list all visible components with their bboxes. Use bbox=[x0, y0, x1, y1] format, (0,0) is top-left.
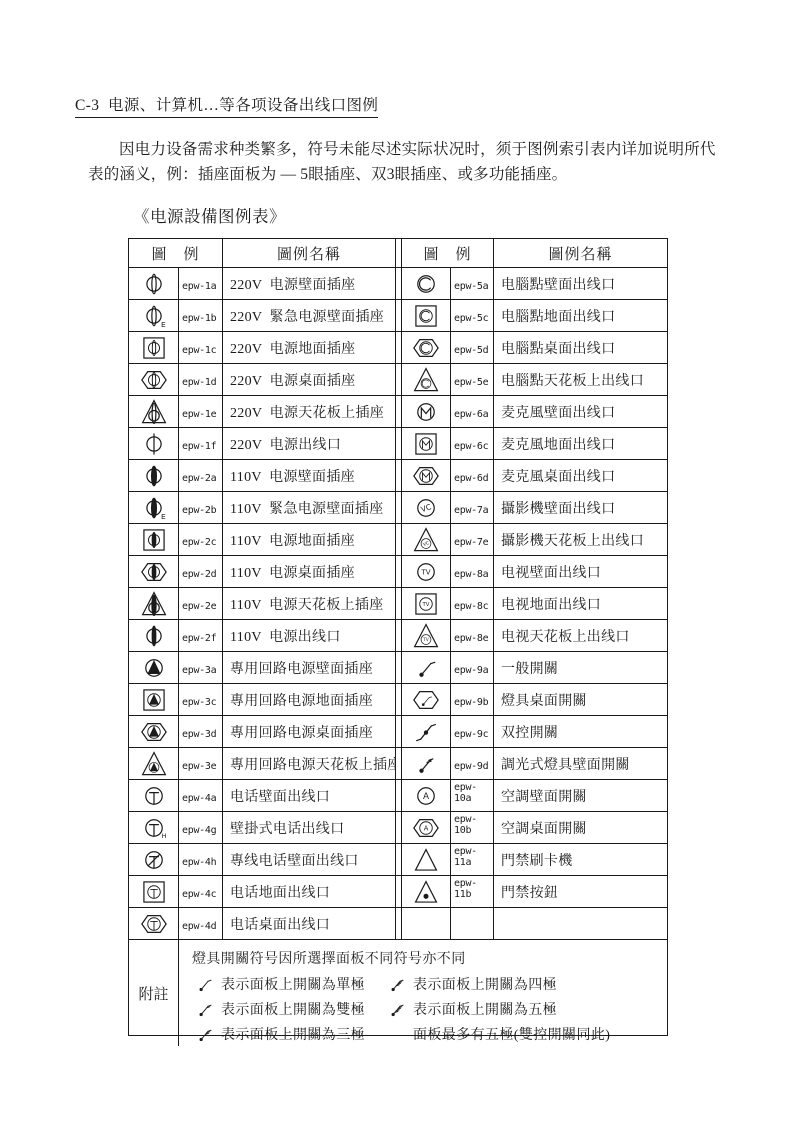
legend-code: epw-2e bbox=[179, 588, 223, 620]
legend-name: 110V 电源桌面插座 bbox=[223, 556, 396, 588]
legend-name: 110V 电源天花板上插座 bbox=[223, 588, 396, 620]
empty-icon bbox=[402, 908, 451, 940]
name-header: 圖例名稱 bbox=[494, 239, 667, 268]
legend-name: 220V 电源壁面插座 bbox=[223, 268, 396, 300]
legend-code: epw-2c bbox=[179, 524, 223, 556]
legend-name: 專用回路电源壁面插座 bbox=[223, 652, 396, 684]
legend-code: epw-3c bbox=[179, 684, 223, 716]
document-page: C-3 电源、计算机…等各项设备出线口图例 因电力设备需求种类繁多，符号未能尽述… bbox=[0, 0, 793, 1122]
legend-name: 电话壁面出线口 bbox=[223, 780, 396, 812]
legend-name: 电视地面出线口 bbox=[494, 588, 667, 620]
door-card-reader-icon bbox=[402, 844, 451, 876]
legend-code: epw-2f bbox=[179, 620, 223, 652]
legend-name: 一般開關 bbox=[494, 652, 667, 684]
legend-code: epw-4a bbox=[179, 780, 223, 812]
legend-name: 电腦點壁面出线口 bbox=[494, 268, 667, 300]
legend-name: 門禁按鈕 bbox=[494, 876, 667, 908]
legend-code: epw-6d bbox=[451, 460, 494, 492]
legend-name: 电腦點桌面出线口 bbox=[494, 332, 667, 364]
phone-wallmount-icon: H bbox=[129, 812, 179, 844]
tv-wall-icon: TV bbox=[402, 556, 451, 588]
note-item: 表示面板上開關為四極 bbox=[384, 972, 667, 996]
legend-code: epw-5c bbox=[451, 300, 494, 332]
svg-text:TV: TV bbox=[422, 637, 429, 642]
mic-desk-icon bbox=[402, 460, 451, 492]
legend-code: epw-8e bbox=[451, 620, 494, 652]
note-title: 燈具開關符号因所選擇面板不同符号亦不同 bbox=[192, 948, 667, 968]
camera-wall-icon: VC bbox=[402, 492, 451, 524]
switch-dimmer-icon bbox=[402, 748, 451, 780]
outlet-220-point-icon bbox=[129, 428, 179, 460]
phone-wall-icon bbox=[129, 780, 179, 812]
socket-220-floor-icon bbox=[129, 332, 179, 364]
legend-name: 110V 电源壁面插座 bbox=[223, 460, 396, 492]
note-items: 表示面板上開關為單極表示面板上開關為四極表示面板上開關為雙極表示面板上開關為五極… bbox=[192, 972, 667, 1046]
legend-code: epw-6a bbox=[451, 396, 494, 428]
socket-110-wall-icon bbox=[129, 460, 179, 492]
dedicated-circuit-floor-icon bbox=[129, 684, 179, 716]
svg-text:TV: TV bbox=[420, 568, 430, 576]
legend-name: 攝影機天花板上出线口 bbox=[494, 524, 667, 556]
switch-pole-3-icon bbox=[192, 1024, 216, 1045]
camera-ceiling-icon: VC bbox=[402, 524, 451, 556]
socket-220-emergency-wall-icon: E bbox=[129, 300, 179, 332]
phone-desk-icon bbox=[129, 908, 179, 940]
ac-switch-wall-icon: A bbox=[402, 780, 451, 812]
mic-floor-icon bbox=[402, 428, 451, 460]
computer-desk-icon bbox=[402, 332, 451, 364]
legend-code: epw-4c bbox=[179, 876, 223, 908]
ac-switch-desk-icon: A bbox=[402, 812, 451, 844]
switch-general-icon bbox=[402, 652, 451, 684]
note-item: 表示面板上開關為單極 bbox=[192, 972, 384, 996]
legend-name: 电腦點地面出线口 bbox=[494, 300, 667, 332]
note-item-text: 表示面板上開關為四極 bbox=[413, 974, 557, 994]
legend-name: 220V 电源天花板上插座 bbox=[223, 396, 396, 428]
legend-code: epw-1f bbox=[179, 428, 223, 460]
legend-code: epw-3a bbox=[179, 652, 223, 684]
legend-name: 專用回路电源桌面插座 bbox=[223, 716, 396, 748]
legend-code: epw-4d bbox=[179, 908, 223, 940]
outlet-110-point-icon bbox=[129, 620, 179, 652]
phone-floor-icon bbox=[129, 876, 179, 908]
legend-code: epw-2a bbox=[179, 460, 223, 492]
symbol-header: 圖 例 bbox=[129, 239, 223, 268]
legend-name: 麦克風壁面出线口 bbox=[494, 396, 667, 428]
note-body: 燈具開關符号因所選擇面板不同符号亦不同 表示面板上開關為單極表示面板上開關為四極… bbox=[179, 940, 667, 1046]
socket-110-ceiling-icon bbox=[129, 588, 179, 620]
note-item-text: 表示面板上開關為雙極 bbox=[221, 999, 365, 1019]
legend-code: epw-1d bbox=[179, 364, 223, 396]
legend-code: epw-8c bbox=[451, 588, 494, 620]
switch-pole-2-icon bbox=[192, 999, 216, 1020]
legend-code: epw-11b bbox=[451, 876, 494, 908]
note-item: 表示面板上開關為五極 bbox=[384, 997, 667, 1021]
legend-name bbox=[494, 908, 667, 940]
svg-text:E: E bbox=[160, 512, 165, 521]
table-caption: 《电源設備图例表》 bbox=[133, 203, 286, 227]
legend-code: epw-1c bbox=[179, 332, 223, 364]
svg-text:E: E bbox=[160, 320, 165, 329]
legend-name: 攝影機壁面出线口 bbox=[494, 492, 667, 524]
legend-code: epw-3e bbox=[179, 748, 223, 780]
legend-code bbox=[451, 908, 494, 940]
legend-grid: 圖 例 圖例名稱 圖 例 圖例名稱 epw-1a220V 电源壁面插座epw-5… bbox=[129, 239, 667, 940]
legend-name: 220V 电源出线口 bbox=[223, 428, 396, 460]
note-row: 附註 燈具開關符号因所選擇面板不同符号亦不同 表示面板上開關為單極表示面板上開關… bbox=[129, 940, 667, 1035]
legend-code: epw-8a bbox=[451, 556, 494, 588]
legend-table: 圖 例 圖例名稱 圖 例 圖例名稱 epw-1a220V 电源壁面插座epw-5… bbox=[128, 238, 668, 1036]
note-item-text: 表示面板上開關為三極 bbox=[221, 1024, 365, 1044]
legend-name: 麦克風桌面出线口 bbox=[494, 460, 667, 492]
legend-name: 專用回路电源天花板上插座 bbox=[223, 748, 396, 780]
svg-text:A: A bbox=[424, 824, 429, 832]
note-item: 表示面板上開關為雙極 bbox=[192, 997, 384, 1021]
section-title: C-3 电源、计算机…等各项设备出线口图例 bbox=[75, 93, 378, 118]
legend-name: 專线电话壁面出线口 bbox=[223, 844, 396, 876]
tv-ceiling-icon: TV bbox=[402, 620, 451, 652]
legend-code: epw-7a bbox=[451, 492, 494, 524]
svg-text:H: H bbox=[161, 832, 166, 840]
socket-220-wall-icon bbox=[129, 268, 179, 300]
legend-name: 空調桌面開關 bbox=[494, 812, 667, 844]
switch-desk-icon bbox=[402, 684, 451, 716]
svg-text:VC: VC bbox=[422, 540, 430, 548]
svg-text:A: A bbox=[423, 792, 429, 802]
legend-code: epw-11a bbox=[451, 844, 494, 876]
svg-text:VC: VC bbox=[420, 502, 433, 514]
legend-name: 110V 电源出线口 bbox=[223, 620, 396, 652]
legend-name: 110V 緊急电源壁面插座 bbox=[223, 492, 396, 524]
legend-name: 調光式燈具壁面開關 bbox=[494, 748, 667, 780]
legend-name: 燈具桌面開關 bbox=[494, 684, 667, 716]
note-item-text: 面板最多有五極(雙控開關同此) bbox=[413, 1024, 610, 1044]
legend-name: 220V 电源地面插座 bbox=[223, 332, 396, 364]
computer-ceiling-icon bbox=[402, 364, 451, 396]
legend-name: 电话地面出线口 bbox=[223, 876, 396, 908]
note-label: 附註 bbox=[129, 940, 179, 1046]
note-item: 面板最多有五極(雙控開關同此) bbox=[384, 1022, 667, 1046]
legend-code: epw-4g bbox=[179, 812, 223, 844]
phone-dedicated-wall-icon bbox=[129, 844, 179, 876]
legend-code: epw-3d bbox=[179, 716, 223, 748]
switch-pole-5-icon bbox=[384, 999, 408, 1020]
legend-code: epw-9d bbox=[451, 748, 494, 780]
legend-code: epw-9c bbox=[451, 716, 494, 748]
name-header: 圖例名稱 bbox=[223, 239, 396, 268]
computer-floor-icon bbox=[402, 300, 451, 332]
mic-wall-icon bbox=[402, 396, 451, 428]
svg-text:TV: TV bbox=[422, 601, 430, 607]
socket-110-emergency-wall-icon: E bbox=[129, 492, 179, 524]
legend-code: epw-2d bbox=[179, 556, 223, 588]
legend-code: epw-2b bbox=[179, 492, 223, 524]
note-item: 表示面板上開關為三極 bbox=[192, 1022, 384, 1046]
socket-220-desk-icon bbox=[129, 364, 179, 396]
legend-name: 壁掛式电话出线口 bbox=[223, 812, 396, 844]
note-item-text: 表示面板上開關為五極 bbox=[413, 999, 557, 1019]
legend-name: 空調壁面開關 bbox=[494, 780, 667, 812]
legend-code: epw-7e bbox=[451, 524, 494, 556]
intro-paragraph: 因电力设备需求种类繁多，符号未能尽述实际状况时，须于图例索引表内详加说明所代表的… bbox=[88, 137, 724, 187]
legend-code: epw-9a bbox=[451, 652, 494, 684]
socket-220-ceiling-icon bbox=[129, 396, 179, 428]
legend-code: epw-5a bbox=[451, 268, 494, 300]
legend-code: epw-10a bbox=[451, 780, 494, 812]
dedicated-circuit-ceiling-icon bbox=[129, 748, 179, 780]
legend-code: epw-1b bbox=[179, 300, 223, 332]
legend-name: 电话桌面出线口 bbox=[223, 908, 396, 940]
legend-code: epw-10b bbox=[451, 812, 494, 844]
switch-two-way-icon bbox=[402, 716, 451, 748]
tv-floor-icon: TV bbox=[402, 588, 451, 620]
legend-name: 电视壁面出线口 bbox=[494, 556, 667, 588]
legend-code: epw-5e bbox=[451, 364, 494, 396]
legend-code: epw-5d bbox=[451, 332, 494, 364]
legend-name: 电腦點天花板上出线口 bbox=[494, 364, 667, 396]
note-item-text: 表示面板上開關為單極 bbox=[221, 974, 365, 994]
socket-110-desk-icon bbox=[129, 556, 179, 588]
legend-code: epw-1e bbox=[179, 396, 223, 428]
legend-name: 双控開關 bbox=[494, 716, 667, 748]
legend-name: 專用回路电源地面插座 bbox=[223, 684, 396, 716]
legend-code: epw-1a bbox=[179, 268, 223, 300]
switch-pole-4-icon bbox=[384, 974, 408, 995]
computer-wall-icon bbox=[402, 268, 451, 300]
legend-name: 麦克風地面出线口 bbox=[494, 428, 667, 460]
switch-pole-1-icon bbox=[192, 974, 216, 995]
legend-code: epw-4h bbox=[179, 844, 223, 876]
legend-name: 220V 緊急电源壁面插座 bbox=[223, 300, 396, 332]
door-button-icon bbox=[402, 876, 451, 908]
legend-name: 电视天花板上出线口 bbox=[494, 620, 667, 652]
legend-code: epw-6c bbox=[451, 428, 494, 460]
dedicated-circuit-wall-icon bbox=[129, 652, 179, 684]
legend-name: 220V 电源桌面插座 bbox=[223, 364, 396, 396]
legend-name: 門禁刷卡機 bbox=[494, 844, 667, 876]
socket-110-floor-icon bbox=[129, 524, 179, 556]
legend-name: 110V 电源地面插座 bbox=[223, 524, 396, 556]
legend-code: epw-9b bbox=[451, 684, 494, 716]
dedicated-circuit-desk-icon bbox=[129, 716, 179, 748]
symbol-header: 圖 例 bbox=[402, 239, 494, 268]
